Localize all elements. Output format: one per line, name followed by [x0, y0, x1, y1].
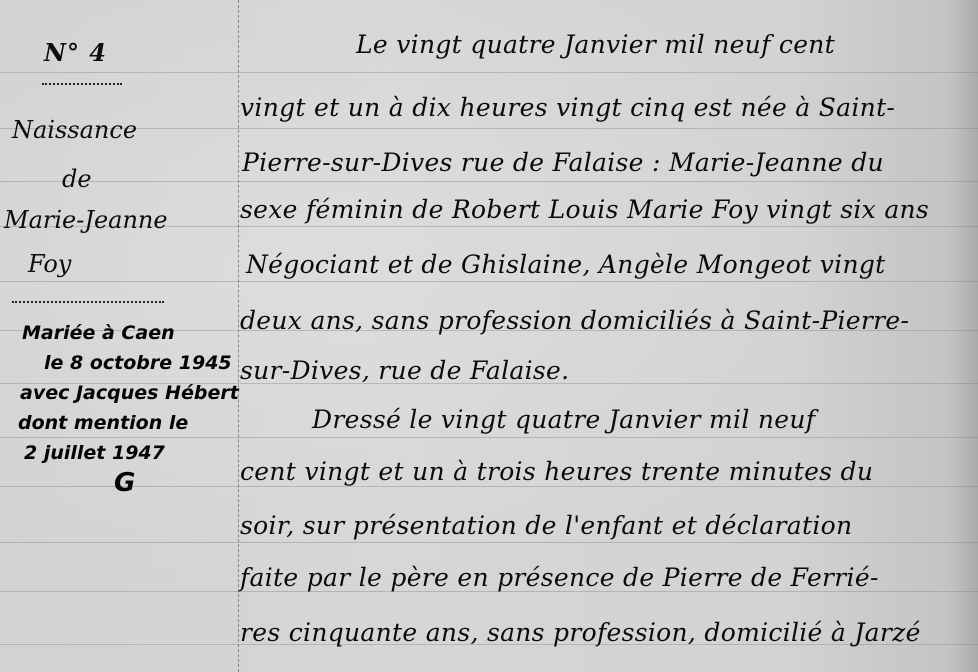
act-body: Le vingt quatre Janvier mil neuf cent vi… — [238, 0, 978, 672]
margin-column: N° 4 Naissance de Marie-Jeanne Foy Marié… — [0, 0, 236, 672]
body-line: Le vingt quatre Janvier mil neuf cent — [356, 30, 835, 59]
body-line: sexe féminin de Robert Louis Marie Foy v… — [240, 195, 929, 224]
body-line: Négociant et de Ghislaine, Angèle Mongeo… — [246, 250, 886, 279]
body-line: res cinquante ans, sans profession, domi… — [240, 618, 921, 647]
body-line: deux ans, sans profession domiciliés à S… — [240, 306, 909, 335]
body-line: soir, sur présentation de l'enfant et dé… — [240, 511, 852, 540]
entry-number-underline — [42, 80, 122, 85]
body-line: Pierre-sur-Dives rue de Falaise : Marie-… — [242, 148, 884, 177]
annotation-initials: G — [18, 468, 234, 498]
annotation-line: dont mention le — [18, 408, 234, 438]
body-line: Dressé le vingt quatre Janvier mil neuf — [312, 405, 815, 434]
margin-title: Naissance — [12, 116, 137, 144]
annotation-line: le 8 octobre 1945 — [18, 348, 234, 378]
annotation-line: avec Jacques Hébert — [18, 378, 234, 408]
body-line: faite par le père en présence de Pierre … — [240, 563, 879, 592]
register-page: N° 4 Naissance de Marie-Jeanne Foy Marié… — [0, 0, 978, 672]
margin-surname: Foy — [28, 250, 71, 278]
margin-connector: de — [62, 165, 92, 193]
entry-number: N° 4 — [44, 38, 107, 67]
annotation-line: Mariée à Caen — [18, 318, 234, 348]
body-line: cent vingt et un à trois heures trente m… — [240, 457, 873, 486]
marriage-annotation: Mariée à Caen le 8 octobre 1945 avec Jac… — [18, 318, 234, 498]
annotation-line: 2 juillet 1947 — [18, 438, 234, 468]
body-line: sur-Dives, rue de Falaise. — [240, 356, 569, 385]
margin-first-name: Marie-Jeanne — [4, 206, 168, 234]
margin-surname-underline — [12, 298, 164, 303]
body-line: vingt et un à dix heures vingt cinq est … — [240, 93, 895, 122]
